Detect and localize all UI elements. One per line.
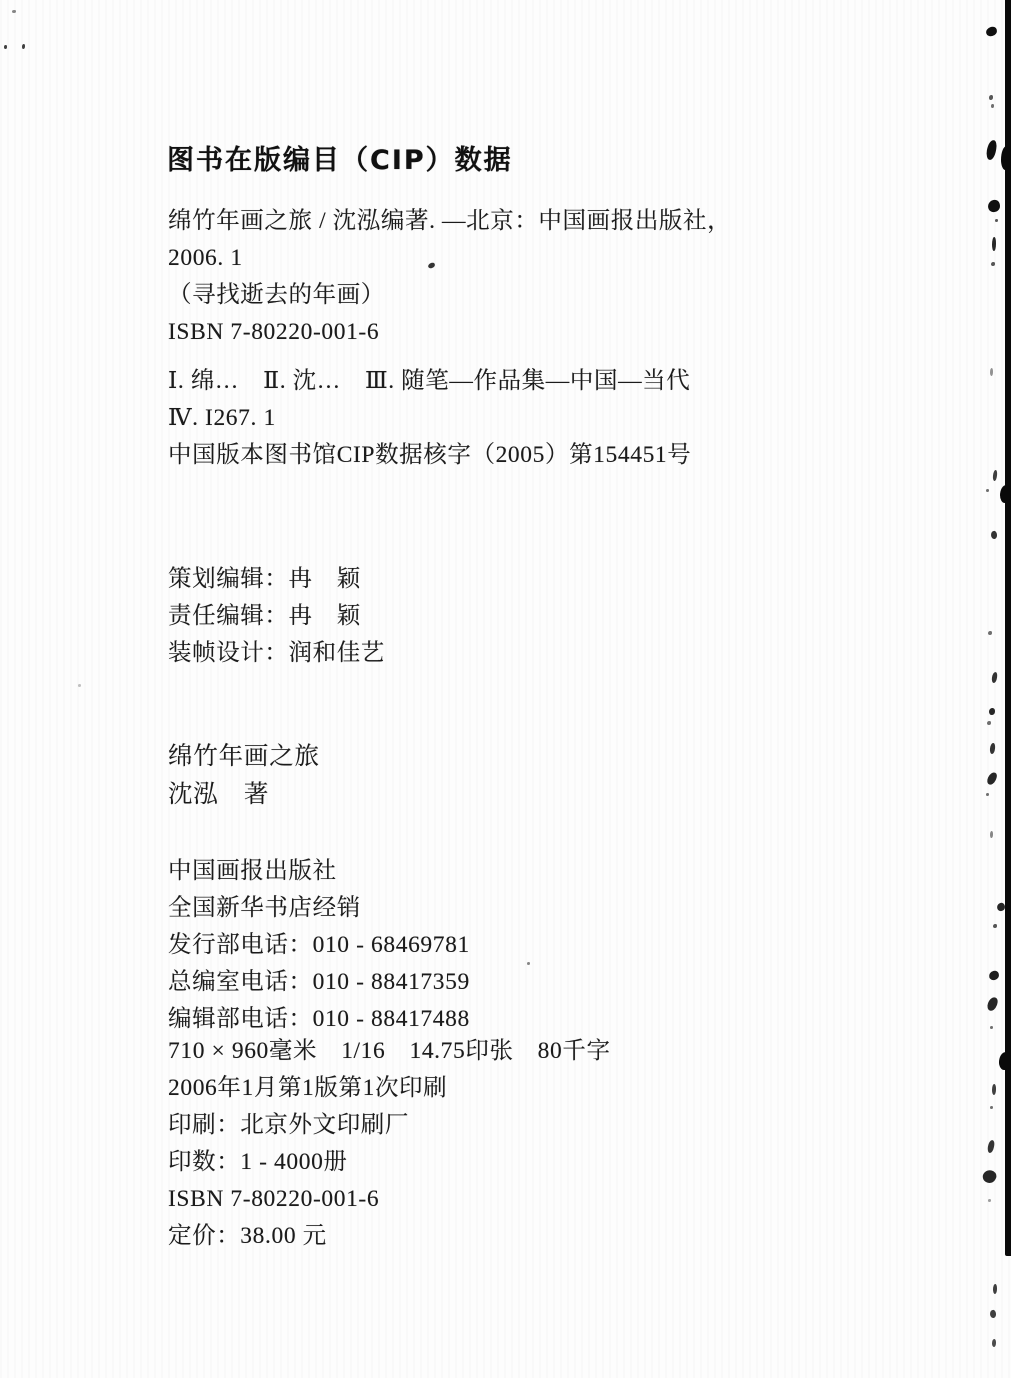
- ink-speck: [990, 1106, 993, 1109]
- ink-speck: [991, 672, 997, 684]
- ink-speck: [993, 924, 997, 928]
- isbn: ISBN 7-80220-001-6: [168, 1181, 611, 1218]
- ink-speck: [986, 489, 989, 492]
- classification-line-1: Ⅰ. 绵… Ⅱ. 沈… Ⅲ. 随笔—作品集—中国—当代: [168, 363, 691, 400]
- ink-speck: [4, 45, 7, 49]
- ink-speck: [987, 721, 991, 725]
- cip-line-isbn: ISBN 7-80220-001-6: [168, 314, 731, 351]
- ink-speck: [22, 44, 25, 49]
- ink-speck: [986, 996, 999, 1012]
- book-author: 沈泓 著: [168, 776, 320, 814]
- ink-speck: [527, 962, 530, 965]
- ink-speck: [986, 771, 999, 786]
- ink-speck: [986, 793, 989, 796]
- ink-speck: [992, 1084, 996, 1095]
- ink-speck: [989, 95, 993, 100]
- ink-speck: [989, 1310, 996, 1319]
- ink-speck: [12, 10, 16, 13]
- credits-block: 策划编辑：冉 颖 责任编辑：冉 颖 装帧设计：润和佳艺: [168, 561, 385, 672]
- cip-classification-block: Ⅰ. 绵… Ⅱ. 沈… Ⅲ. 随笔—作品集—中国—当代 Ⅳ. I267. 1 中…: [168, 363, 691, 474]
- distribution: 全国新华书店经销: [168, 890, 470, 927]
- publisher-name: 中国画报出版社: [168, 853, 470, 890]
- credit-planning-editor: 策划编辑：冉 颖: [168, 561, 385, 598]
- ink-speck: [990, 531, 997, 540]
- ink-speck: [995, 219, 998, 222]
- ink-speck: [992, 1339, 996, 1347]
- credit-design: 装帧设计：润和佳艺: [168, 635, 385, 672]
- classification-line-2: Ⅳ. I267. 1: [168, 400, 691, 437]
- chief-office-phone: 总编室电话：010 - 88417359: [168, 964, 470, 1001]
- ink-speck: [993, 470, 998, 481]
- cip-line-title-author: 绵竹年画之旅 / 沈泓编著. —北京：中国画报出版社，: [168, 203, 731, 240]
- ink-speck: [78, 684, 81, 687]
- scanned-page: 图书在版编目（CIP）数据 绵竹年画之旅 / 沈泓编著. —北京：中国画报出版社…: [0, 0, 1011, 1378]
- cip-description-block: 绵竹年画之旅 / 沈泓编著. —北京：中国画报出版社， 2006. 1 （寻找逝…: [168, 203, 731, 351]
- ink-speck: [991, 104, 994, 108]
- distribution-phone: 发行部电话：010 - 68469781: [168, 927, 470, 964]
- format-sheets: 710 × 960毫米 1/16 14.75印张 80千字: [168, 1033, 611, 1070]
- ink-speck: [987, 1140, 995, 1154]
- ink-speck: [990, 368, 993, 376]
- ink-speck: [989, 708, 995, 715]
- ink-speck: [988, 970, 1000, 981]
- printer: 印刷：北京外文印刷厂: [168, 1107, 611, 1144]
- ink-speck: [985, 139, 997, 160]
- printing-block: 710 × 960毫米 1/16 14.75印张 80千字 2006年1月第1版…: [168, 1033, 611, 1255]
- ink-speck: [990, 831, 993, 838]
- ink-speck: [993, 1284, 997, 1294]
- cip-line-year: 2006. 1: [168, 240, 731, 277]
- cip-heading: 图书在版编目（CIP）数据: [167, 146, 513, 176]
- ink-speck: [987, 199, 1001, 213]
- credit-responsible-editor: 责任编辑：冉 颖: [168, 598, 385, 635]
- ink-speck: [985, 26, 998, 38]
- ink-speck: [981, 1168, 999, 1186]
- edition-impression: 2006年1月第1版第1次印刷: [168, 1070, 611, 1107]
- ink-speck: [988, 1199, 991, 1202]
- ink-speck: [992, 237, 996, 251]
- publication-block: 中国画报出版社 全国新华书店经销 发行部电话：010 - 68469781 总编…: [168, 853, 470, 1038]
- ink-speck: [990, 743, 996, 754]
- price: 定价：38.00 元: [168, 1218, 611, 1255]
- ink-speck: [988, 631, 992, 635]
- book-title: 绵竹年画之旅: [168, 738, 320, 776]
- ink-speck: [991, 262, 995, 266]
- print-run: 印数：1 - 4000册: [168, 1144, 611, 1181]
- ink-speck: [990, 1026, 993, 1029]
- title-author-block: 绵竹年画之旅 沈泓 著: [168, 738, 320, 814]
- classification-line-3: 中国版本图书馆CIP数据核字（2005）第154451号: [168, 437, 691, 474]
- cip-line-series: （寻找逝去的年画）: [168, 277, 731, 314]
